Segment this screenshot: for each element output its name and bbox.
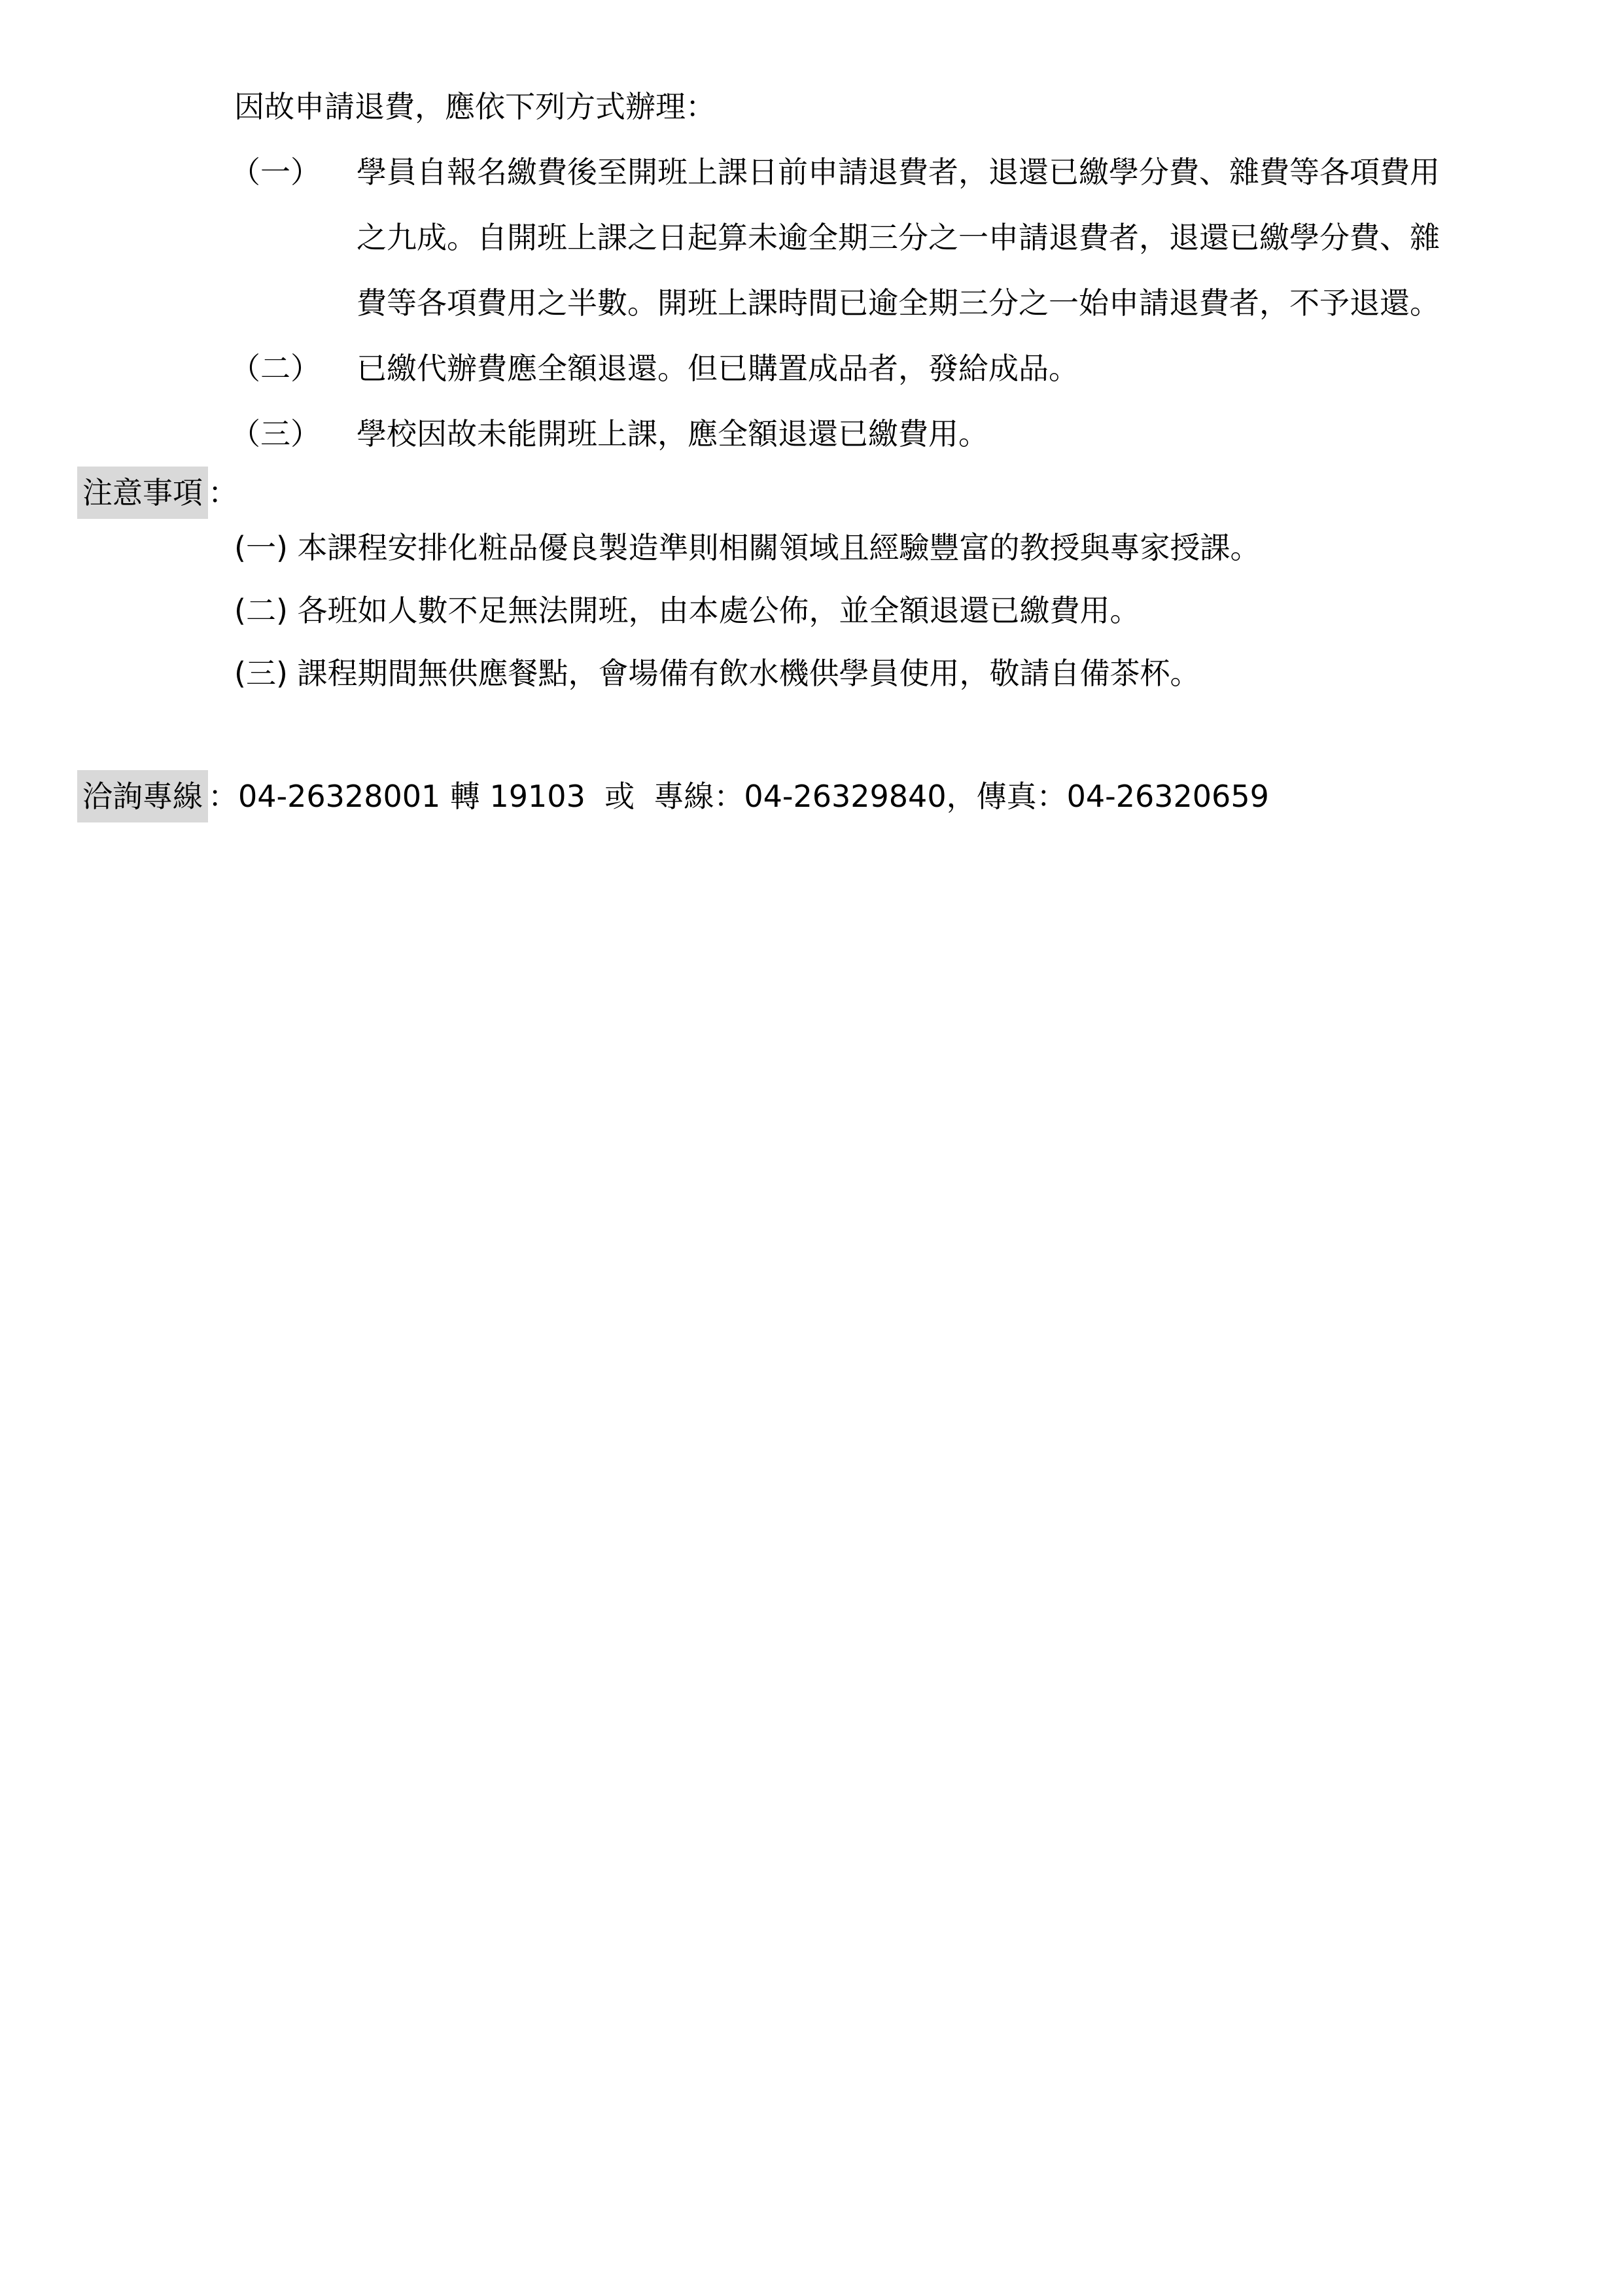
contact-label: 洽詢專線	[77, 770, 208, 822]
note-item-3: (三) 課程期間無供應餐點，會場備有飲水機供學員使用，敬請自備茶杯。	[234, 642, 1623, 705]
document-page: 因故申請退費，應依下列方式辦理： （一） 學員自報名繳費後至開班上課日前申請退費…	[0, 0, 1623, 2296]
refund-item-line: 學員自報名繳費後至開班上課日前申請退費者，退還已繳學分費、雜費等各項費用	[357, 139, 1440, 205]
document-content: 因故申請退費，應依下列方式辦理： （一） 學員自報名繳費後至開班上課日前申請退費…	[0, 0, 1623, 829]
refund-list: （一） 學員自報名繳費後至開班上課日前申請退費者，退還已繳學分費、雜費等各項費用…	[0, 139, 1623, 467]
notes-list: (一) 本課程安排化粧品優良製造準則相關領域且經驗豐富的教授與專家授課。 (二)…	[0, 516, 1623, 705]
refund-item-1: （一） 學員自報名繳費後至開班上課日前申請退費者，退還已繳學分費、雜費等各項費用…	[230, 139, 1623, 336]
intro-line: 因故申請退費，應依下列方式辦理：	[234, 74, 1623, 139]
contact-separator: ：	[208, 779, 238, 814]
notes-heading: 注意事項	[77, 467, 208, 519]
refund-item-2: （二） 已繳代辦費應全額退還。但已購置成品者，發給成品。	[230, 336, 1623, 401]
refund-item-2-label: （二）	[230, 336, 357, 401]
refund-item-1-label: （一）	[230, 139, 357, 336]
refund-item-line: 費等各項費用之半數。開班上課時間已逾全期三分之一始申請退費者，不予退還。	[357, 270, 1440, 336]
note-item-2: (二) 各班如人數不足無法開班，由本處公佈，並全額退還已繳費用。	[234, 579, 1623, 642]
refund-item-line: 之九成。自開班上課之日起算未逾全期三分之一申請退費者，退還已繳學分費、雜	[357, 205, 1440, 270]
refund-item-line: 學校因故未能開班上課，應全額退還已繳費用。	[357, 401, 988, 467]
notes-heading-line: 注意事項：	[77, 460, 1623, 525]
refund-item-3-label: （三）	[230, 401, 357, 467]
refund-item-3: （三） 學校因故未能開班上課，應全額退還已繳費用。	[230, 401, 1623, 467]
refund-item-line: 已繳代辦費應全額退還。但已購置成品者，發給成品。	[357, 336, 1079, 401]
note-item-1: (一) 本課程安排化粧品優良製造準則相關領域且經驗豐富的教授與專家授課。	[234, 516, 1623, 579]
refund-item-3-lines: 學校因故未能開班上課，應全額退還已繳費用。	[357, 401, 988, 467]
refund-item-2-lines: 已繳代辦費應全額退還。但已購置成品者，發給成品。	[357, 336, 1079, 401]
notes-heading-separator: ：	[208, 475, 238, 510]
contact-value: 04-26328001 轉 19103 或 專線：04-26329840，傳真：…	[238, 779, 1269, 814]
refund-item-1-lines: 學員自報名繳費後至開班上課日前申請退費者，退還已繳學分費、雜費等各項費用 之九成…	[357, 139, 1440, 336]
contact-line: 洽詢專線：04-26328001 轉 19103 或 專線：04-2632984…	[77, 764, 1623, 829]
